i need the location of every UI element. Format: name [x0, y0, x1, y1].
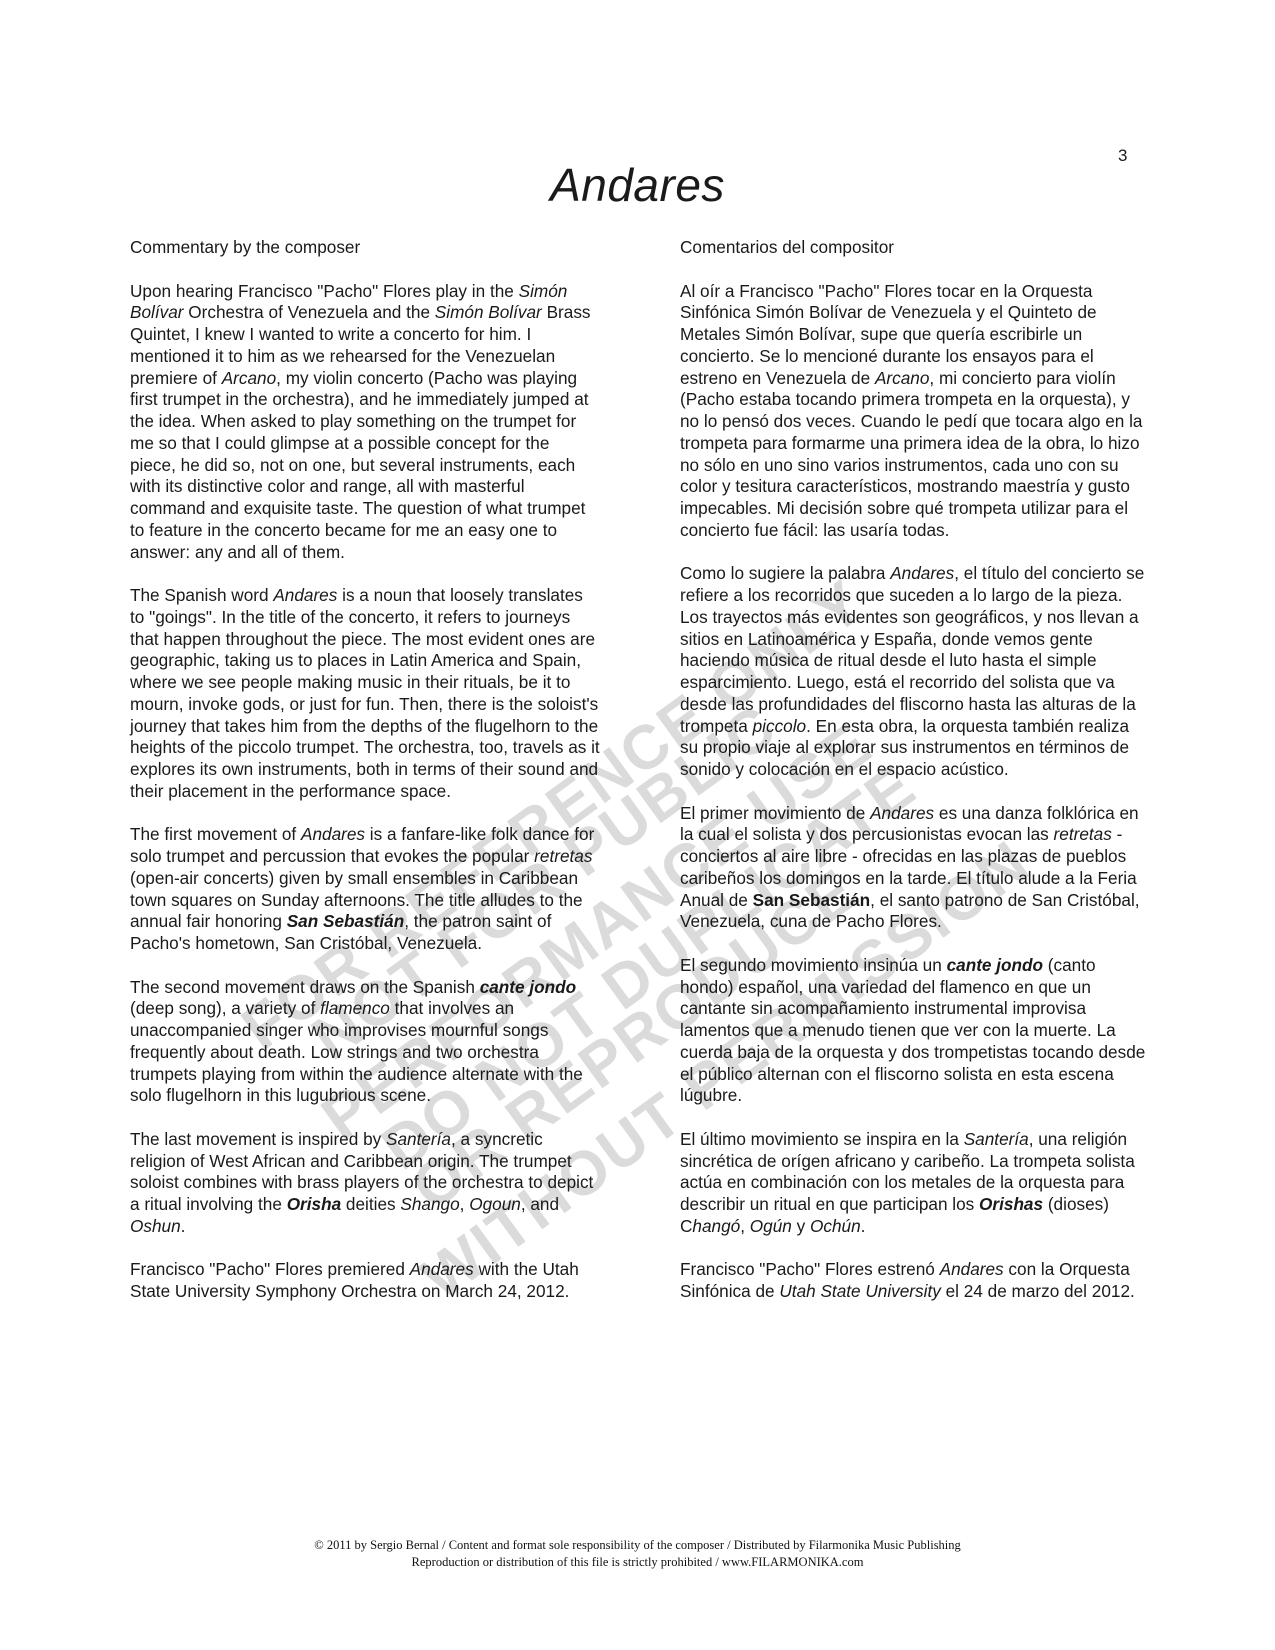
- page-title: Andares: [0, 158, 1275, 212]
- footer-copyright-line: © 2011 by Sergio Bernal / Content and fo…: [0, 1537, 1275, 1554]
- english-paragraph: The last movement is inspired by Santerí…: [130, 1129, 600, 1238]
- italic-term: retretas: [1054, 824, 1112, 844]
- spanish-heading: Comentarios del compositor: [680, 237, 1150, 259]
- bold-italic-term: Orisha: [287, 1194, 341, 1214]
- copyright-footer: © 2011 by Sergio Bernal / Content and fo…: [0, 1537, 1275, 1571]
- bold-italic-term: Orishas: [979, 1194, 1043, 1214]
- english-paragraph: The second movement draws on the Spanish…: [130, 977, 600, 1108]
- italic-term: Arcano: [875, 368, 929, 388]
- italic-term: Andares: [870, 803, 934, 823]
- italic-term: Andares: [940, 1259, 1004, 1279]
- italic-term: Andares: [273, 585, 337, 605]
- spanish-paragraph: El primer movimiento de Andares es una d…: [680, 803, 1150, 934]
- bold-italic-term: San Sebastián: [287, 911, 405, 931]
- spanish-paragraph: El segundo movimiento insinúa un cante j…: [680, 955, 1150, 1107]
- italic-term: retretas: [534, 846, 592, 866]
- italic-term: Andares: [890, 563, 954, 583]
- english-heading: Commentary by the composer: [130, 237, 600, 259]
- italic-term: Ogoun: [469, 1194, 521, 1214]
- italic-term: Andares: [410, 1259, 474, 1279]
- spanish-paragraph: El último movimiento se inspira en la Sa…: [680, 1129, 1150, 1238]
- italic-term: Shango: [400, 1194, 459, 1214]
- spanish-paragraph: Al oír a Francisco "Pacho" Flores tocar …: [680, 281, 1150, 542]
- bold-term: San Sebastián: [753, 890, 871, 910]
- english-paragraph: Upon hearing Francisco "Pacho" Flores pl…: [130, 281, 600, 564]
- spanish-paragraph: Como lo sugiere la palabra Andares, el t…: [680, 563, 1150, 781]
- english-column: Commentary by the composer Upon hearing …: [130, 237, 600, 1325]
- spanish-column: Comentarios del compositor Al oír a Fran…: [680, 237, 1150, 1325]
- italic-term: Utah State University: [779, 1281, 940, 1301]
- italic-term: flamenco: [320, 998, 390, 1018]
- english-paragraph: The first movement of Andares is a fanfa…: [130, 824, 600, 955]
- italic-term: Simón Bolívar: [435, 302, 542, 322]
- bold-italic-term: cante jondo: [480, 977, 576, 997]
- italic-term: hangó: [692, 1216, 740, 1236]
- italic-term: piccolo: [753, 716, 807, 736]
- italic-term: Santería: [964, 1129, 1029, 1149]
- bold-italic-term: cante jondo: [947, 955, 1043, 975]
- italic-term: Santería: [386, 1129, 451, 1149]
- english-paragraph: Francisco "Pacho" Flores premiered Andar…: [130, 1259, 600, 1303]
- italic-term: Andares: [301, 824, 365, 844]
- spanish-paragraph: Francisco "Pacho" Flores estrenó Andares…: [680, 1259, 1150, 1303]
- italic-term: Oshun: [130, 1216, 181, 1236]
- italic-term: Ogún: [750, 1216, 792, 1236]
- italic-term: Ochún: [810, 1216, 861, 1236]
- italic-term: Arcano: [222, 368, 276, 388]
- footer-distribution-line: Reproduction or distribution of this fil…: [0, 1554, 1275, 1571]
- english-paragraph: The Spanish word Andares is a noun that …: [130, 585, 600, 803]
